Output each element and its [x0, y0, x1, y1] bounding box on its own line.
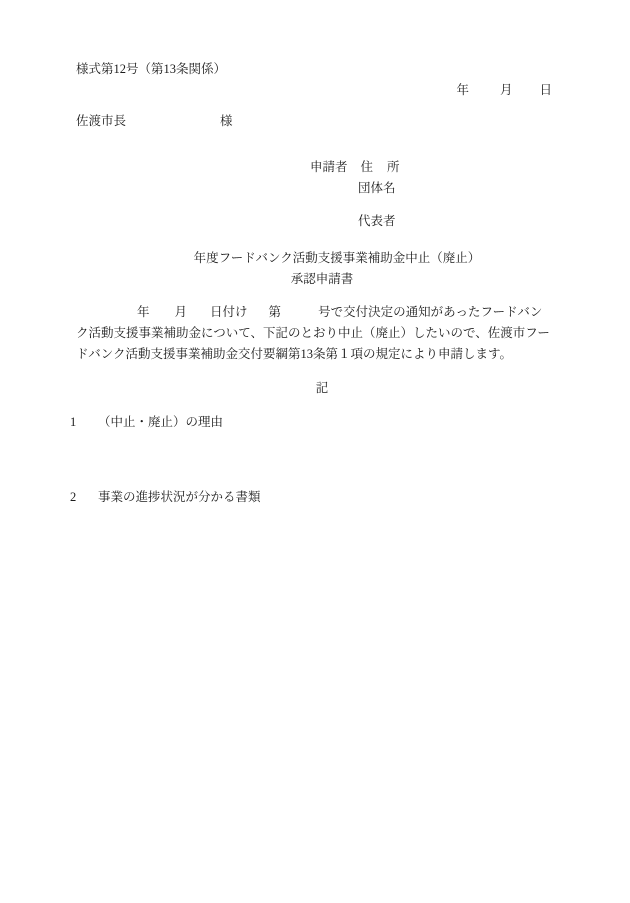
item-2-number: 2 [70, 487, 98, 508]
body-line-2: ク活動支援事業補助金について、下記のとおり中止（廃止）したいので、佐渡市フー [76, 323, 568, 344]
item-2-text: 事業の進捗状況が分かる書類 [98, 487, 261, 508]
date-day-label: 日 [539, 80, 552, 101]
addressee-name: 佐渡市長 [76, 114, 126, 128]
date-line: 年 月 日 [76, 80, 568, 101]
item-1-text: （中止・廃止）の理由 [98, 412, 223, 433]
body-month-label: 月 [175, 305, 188, 319]
body-number-prefix: 第 [269, 305, 282, 319]
applicant-organization-label: 団体名 [358, 178, 568, 199]
body-year-label: 年 [137, 305, 150, 319]
list-item: 1 （中止・廃止）の理由 [70, 412, 568, 433]
applicant-address-label-1: 住 [361, 160, 374, 174]
document-title: 年度フードバンク活動支援事業補助金中止（廃止） 承認申請書 [76, 248, 568, 290]
document-content: 様式第12号（第13条関係） 年 月 日 佐渡市長様 申請者住所 団体名 代表者… [0, 0, 630, 508]
item-1-number: 1 [70, 412, 98, 433]
body-day-suffix: 日付け [210, 305, 248, 319]
applicant-address-row: 申請者住所 [310, 157, 568, 178]
addressee-line: 佐渡市長様 [76, 111, 568, 132]
title-line-2: 承認申請書 [76, 269, 568, 290]
body-line-1-text: 号で交付決定の通知があったフードバン [318, 305, 542, 319]
applicant-representative-label: 代表者 [358, 211, 568, 232]
body-line-3: ドバンク活動支援事業補助金交付要綱第13条第１項の規定により申請します。 [76, 344, 568, 365]
applicant-label: 申請者 [310, 160, 348, 174]
document-page: 様式第12号（第13条関係） 年 月 日 佐渡市長様 申請者住所 団体名 代表者… [0, 0, 630, 903]
date-year-label: 年 [456, 80, 469, 101]
form-number-line: 様式第12号（第13条関係） [76, 59, 568, 80]
record-marker: 記 [76, 378, 568, 399]
title-line-1-text: 年度フードバンク活動支援事業補助金中止（廃止） [164, 248, 481, 269]
body-line-1: 年月日付け第号で交付決定の通知があったフードバン [76, 302, 568, 323]
list-item: 2 事業の進捗状況が分かる書類 [70, 487, 568, 508]
applicant-block: 申請者住所 団体名 代表者 [310, 157, 568, 232]
addressee-honorific: 様 [220, 114, 233, 128]
applicant-address-label-2: 所 [387, 160, 400, 174]
title-line-1: 年度フードバンク活動支援事業補助金中止（廃止） [76, 248, 568, 269]
date-month-label: 月 [500, 80, 513, 101]
body-paragraph: 年月日付け第号で交付決定の通知があったフードバン ク活動支援事業補助金について、… [76, 302, 568, 365]
